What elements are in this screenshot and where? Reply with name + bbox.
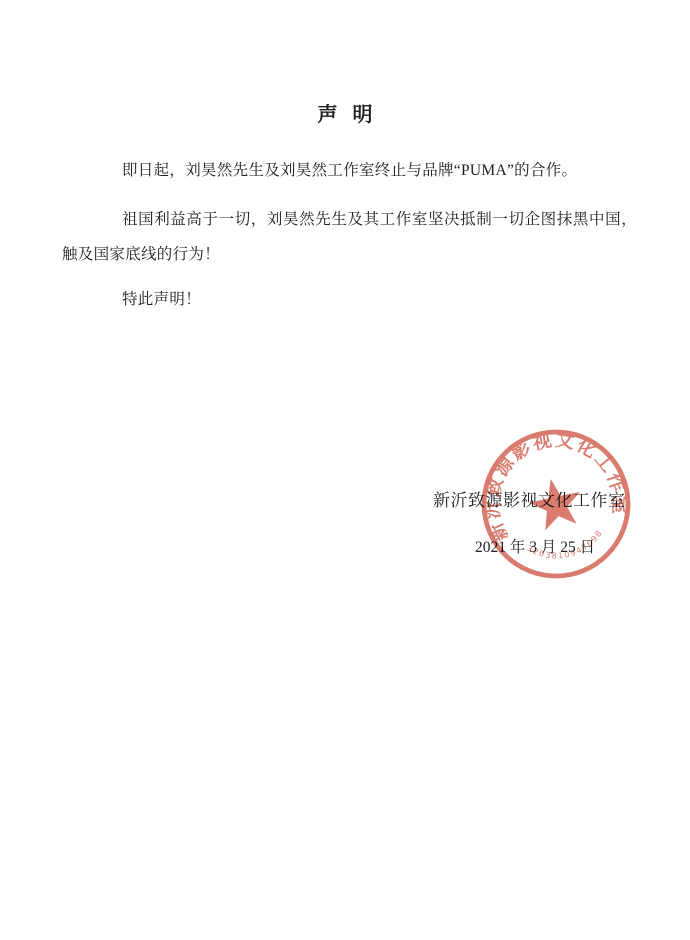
paragraph-hereby-declare: 特此声明！ (62, 282, 637, 317)
document-title: 声 明 (0, 98, 690, 127)
star-icon (525, 474, 586, 533)
paragraph-termination-of-cooperation: 即日起，刘昊然先生及刘昊然工作室终止与品牌“PUMA”的合作。 (62, 153, 637, 188)
seal-ring-text-container: 新沂致源影视文化工作室 (476, 424, 635, 547)
seal-ring-text: 新沂致源影视文化工作室 (476, 424, 635, 547)
official-seal-stamp: 新沂致源影视文化工作室 3203810947698 (476, 424, 636, 584)
statement-document-page: 声 明 即日起，刘昊然先生及刘昊然工作室终止与品牌“PUMA”的合作。 祖国利益… (0, 0, 690, 940)
paragraph-national-interest: 祖国利益高于一切，刘昊然先生及其工作室坚决抵制一切企图抹黑中国，触及国家底线的行… (62, 202, 637, 272)
